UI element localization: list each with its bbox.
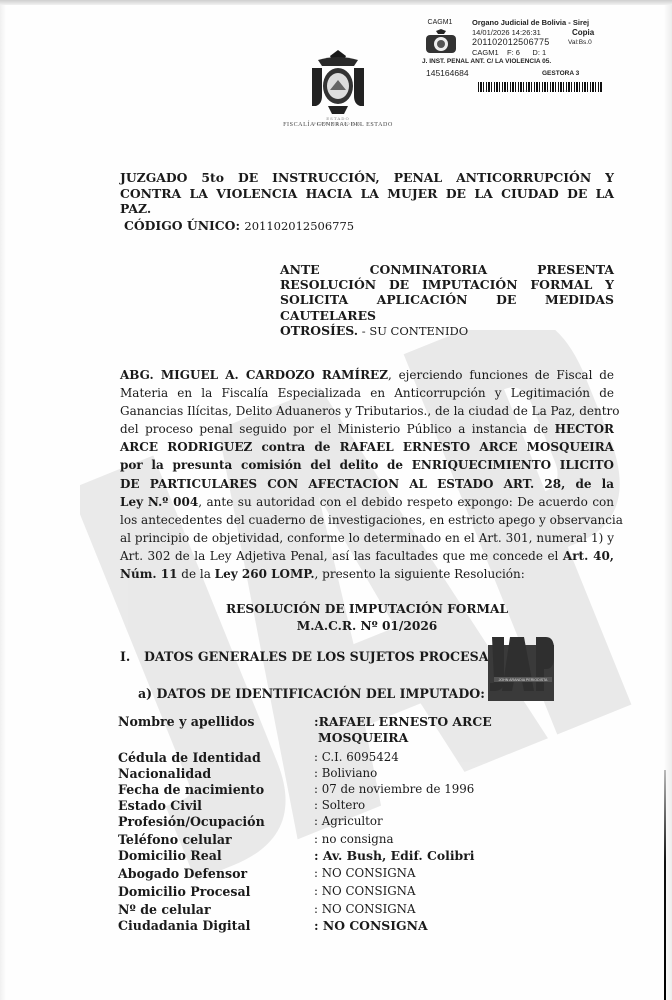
field-label: Domicilio Real: [118, 848, 222, 863]
body-text: del proceso penal seguido por el Ministe…: [120, 422, 555, 436]
sumilla: ANTE CONMINATORIA PRESENTA RESOLUCIÓN DE…: [280, 262, 614, 339]
stamp-copy-label: Copia: [572, 28, 594, 37]
field-label: Cédula de Identidad: [118, 750, 261, 765]
section-i-heading: I.DATOS GENERALES DE LOS SUJETOS PROCESA…: [120, 649, 520, 664]
svg-text:JOHN ARANDIA PERIODISTA: JOHN ARANDIA PERIODISTA: [499, 678, 548, 682]
stamp-agency: CAGM1: [418, 19, 462, 26]
stamp-receipt-number: 145164684: [426, 68, 469, 78]
body-text: , ante su autoridad con el debido respet…: [198, 495, 614, 509]
section-number: I.: [120, 649, 144, 664]
sumilla-line: CAUTELARES: [280, 308, 614, 323]
body-text: , presento la siguiente Resolución:: [315, 567, 525, 581]
body-bold-text: Ley 260 LOMP.: [215, 567, 315, 581]
body-bold-text: Núm. 11: [120, 567, 177, 581]
jap-logo-icon: JOHN ARANDIA PERIODISTA: [488, 637, 554, 703]
stamp-court: J. INST. PENAL ANT. C/ LA VIOLENCIA 05.: [422, 58, 551, 65]
court-heading: JUZGADO 5to DE INSTRUCCIÓN, PENAL ANTICO…: [120, 170, 614, 217]
sumilla-line: SOLICITA APLICACIÓN DE MEDIDAS: [280, 292, 614, 307]
court-heading-line: PAZ.: [120, 201, 614, 217]
stamp-value: Val:Bs.0: [568, 39, 592, 46]
stamp-datetime: 14/01/2026 14:26:31: [472, 28, 541, 37]
body-text: Materia en la Fiscalía Especializada en …: [120, 384, 614, 402]
body-text: Art. 302 de la Ley Adjetiva Penal, así l…: [120, 549, 563, 563]
codigo-label: CÓDIGO ÚNICO:: [124, 218, 240, 233]
resolution-title: RESOLUCIÓN DE IMPUTACIÓN FORMAL M.A.C.R.…: [120, 601, 614, 635]
field-value: : NO CONSIGNA: [314, 866, 416, 880]
intro-paragraph: ABG. MIGUEL A. CARDOZO RAMÍREZ, ejercien…: [120, 366, 614, 583]
body-text: los antecedentes del cuaderno de investi…: [120, 511, 614, 529]
body-text: , ejerciendo funciones de Fiscal de: [388, 368, 614, 382]
field-value: : Agricultor: [314, 814, 383, 828]
section-title: DATOS GENERALES DE LOS SUJETOS PROCESALE…: [144, 649, 520, 664]
field-label: Estado Civil: [118, 798, 202, 813]
stamp-code: 201102012506775: [472, 37, 549, 47]
coat-of-arms-icon: [308, 50, 368, 116]
field-value: : Boliviano: [314, 766, 377, 780]
sumilla-line: RESOLUCIÓN DE IMPUTACIÓN FORMAL Y: [280, 277, 614, 292]
page-top-edge: [0, 0, 672, 5]
court-heading-line: CONTRA LA VIOLENCIA HACIA LA MUJER DE LA…: [120, 186, 614, 202]
body-bold-text: HECTOR: [555, 422, 614, 436]
stamp-issuer: Organo Judicial de Bolivia - Sirej: [472, 18, 589, 27]
body-bold-text: ARCE RODRIGUEZ contra de RAFAEL ERNESTO …: [120, 440, 614, 454]
field-value: : no consigna: [314, 832, 394, 846]
field-value: : NO CONSIGNA: [314, 918, 428, 933]
body-text: de la: [177, 567, 214, 581]
field-label: Abogado Defensor: [118, 866, 247, 881]
field-value: :RAFAEL ERNESTO ARCE: [314, 714, 492, 729]
field-label: Teléfono celular: [118, 832, 232, 847]
resolution-title-text: RESOLUCIÓN DE IMPUTACIÓN FORMAL: [120, 601, 614, 618]
field-label: Nacionalidad: [118, 766, 211, 781]
field-value-continued: MOSQUEIRA: [318, 730, 408, 745]
resolution-number: M.A.C.R. Nº 01/2026: [120, 618, 614, 635]
body-bold-text: Ley N.º 004: [120, 495, 198, 509]
field-label: Domicilio Procesal: [118, 884, 250, 899]
prosecutor-name: ABG. MIGUEL A. CARDOZO RAMÍREZ: [120, 368, 388, 382]
field-value: : 07 de noviembre de 1996: [314, 782, 474, 796]
stamp-gestora: GESTORA 3: [542, 70, 579, 77]
body-bold-text: por la presunta comisión del delito de E…: [120, 458, 614, 472]
otrosies-label: OTROSÍES.: [280, 323, 358, 338]
field-label: Ciudadania Digital: [118, 918, 250, 933]
field-label: Profesión/Ocupación: [118, 814, 265, 829]
field-value: : NO CONSIGNA: [314, 884, 416, 898]
court-stamp: CAGM1 Organo Judicial de Bolivia - Sirej…: [418, 16, 648, 96]
field-label: Fecha de nacimiento: [118, 782, 264, 797]
field-label: Nombre y apellidos: [118, 714, 254, 729]
court-heading-line: JUZGADO 5to DE INSTRUCCIÓN, PENAL ANTICO…: [120, 170, 614, 186]
bolivia-seal-icon: [424, 29, 458, 55]
body-text: Ganancias Ilícitas, Delito Aduaneros y T…: [120, 402, 614, 420]
sumilla-line: ANTE CONMINATORIA PRESENTA: [280, 262, 614, 277]
section-a-heading: a) DATOS DE IDENTIFICACIÓN DEL IMPUTADO:: [138, 686, 485, 701]
barcode: [478, 82, 603, 92]
field-label: Nº de celular: [118, 902, 211, 917]
codigo-unico: CÓDIGO ÚNICO: 201102012506775: [124, 218, 354, 233]
field-value: : C.I. 6095424: [314, 750, 399, 764]
stamp-office-line: CAGM1 F: 6 D: 1: [472, 48, 546, 57]
body-bold-text: DE PARTICULARES CON AFECTACION AL ESTADO…: [120, 477, 614, 491]
field-value: : Av. Bush, Edif. Colibri: [314, 848, 474, 863]
otrosies-rest: - SU CONTENIDO: [358, 324, 468, 338]
body-bold-text: Art. 40,: [563, 549, 614, 563]
body-text: al principio de objetividad, conforme lo…: [120, 529, 614, 547]
field-value: : Soltero: [314, 798, 365, 812]
page-right-shadow: [664, 770, 666, 1000]
codigo-value: 201102012506775: [244, 219, 354, 233]
document-page: CAGM1 Organo Judicial de Bolivia - Sirej…: [0, 0, 672, 1000]
institution-caption: FISCALÍA GENERAL DEL ESTADO: [258, 122, 418, 128]
page-left-edge: [0, 5, 6, 1000]
field-value: : NO CONSIGNA: [314, 902, 416, 916]
